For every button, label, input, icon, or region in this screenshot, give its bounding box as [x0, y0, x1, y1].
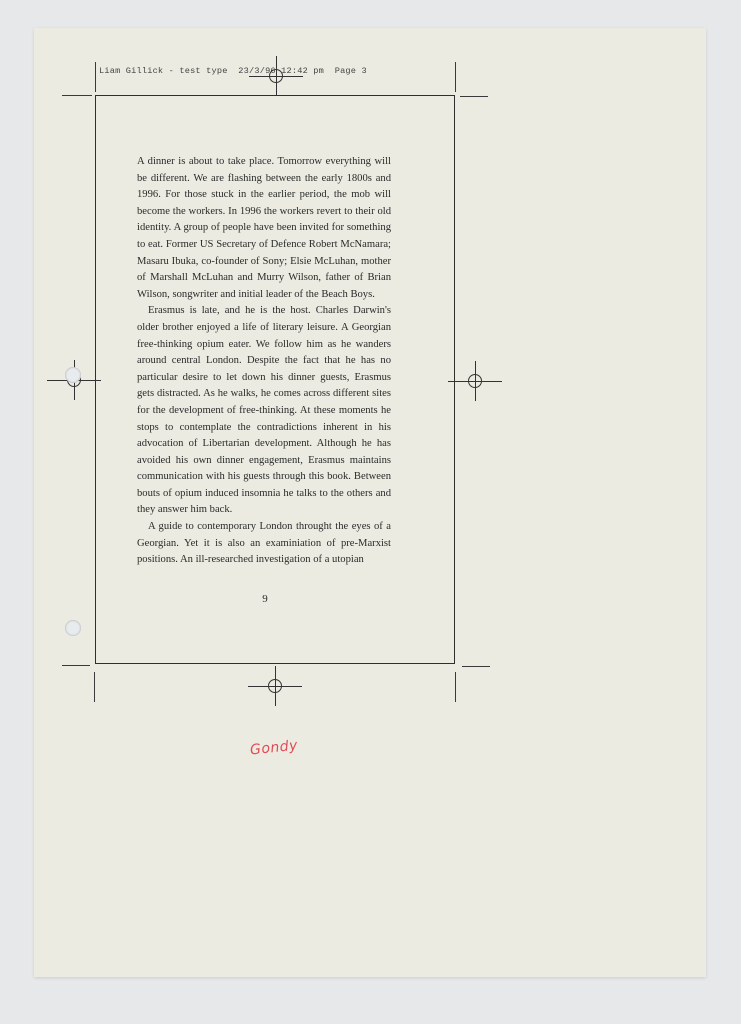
page-number: 9	[255, 593, 275, 605]
crop-mark	[460, 96, 488, 97]
crop-mark	[455, 672, 456, 702]
proof-header: Liam Gillick - test type 23/3/96 12:42 p…	[99, 66, 367, 76]
crop-mark	[94, 672, 95, 702]
crop-mark	[455, 62, 456, 92]
crop-mark	[95, 62, 96, 92]
paragraph: A dinner is about to take place. Tomorro…	[137, 154, 391, 303]
punch-hole	[65, 620, 81, 636]
paragraph: Erasmus is late, and he is the host. Cha…	[137, 303, 391, 519]
body-text: A dinner is about to take place. Tomorro…	[137, 154, 391, 569]
punch-hole	[65, 367, 81, 383]
crop-mark	[462, 666, 490, 667]
crop-mark	[62, 95, 92, 96]
paragraph: A guide to contemporary London throught …	[137, 519, 391, 569]
crop-mark	[62, 665, 90, 666]
